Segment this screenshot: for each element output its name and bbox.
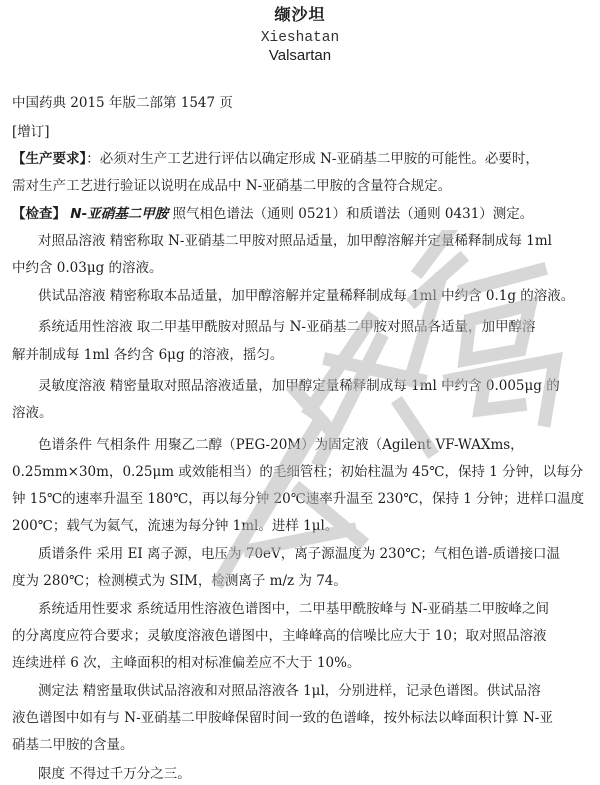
production-requirement-line-1: 【生产要求】：必须对生产工艺进行评估以确定形成 N-亚硝基二甲胺的可能性。必要时… xyxy=(12,150,592,168)
source-reference: 中国药典 2015 年版二部第 1547 页 xyxy=(12,94,592,112)
determination-line-1: 测定法 精密量取供试品溶液和对照品溶液各 1μl，分别进样，记录色谱图。供试品溶 xyxy=(38,682,592,700)
drug-title-english: Valsartan xyxy=(0,47,600,65)
limit-line: 限度 不得过千万分之三。 xyxy=(38,765,592,783)
chromatography-line-4: 200℃；载气为氦气，流速为每分钟 1ml。进样 1μl。 xyxy=(12,517,592,535)
inspection-heading: 【检查】 N-亚硝基二甲胺 照气相色谱法（通则 0521）和质谱法（通则 043… xyxy=(12,205,592,223)
system-solution-line-1: 系统适用性溶液 取二甲基甲酰胺对照品与 N-亚硝基二甲胺对照品各适量，加甲醇溶 xyxy=(38,318,592,336)
reference-solution-line-1: 对照品溶液 精密称取 N-亚硝基二甲胺对照品适量，加甲醇溶解并定量稀释制成每 1… xyxy=(38,232,592,250)
chromatography-line-1: 色谱条件 气相条件 用聚乙二醇（PEG-20M）为固定液（Agilent VF-… xyxy=(38,436,592,454)
sensitivity-solution-line-2: 溶液。 xyxy=(12,404,592,422)
document-page: 缬沙坦 Xieshatan Valsartan 中国药典 2015 年版二部第 … xyxy=(0,0,600,785)
determination-line-2: 液色谱图中如有与 N-亚硝基二甲胺峰保留时间一致的色谱峰，按外标法以峰面积计算 … xyxy=(12,709,592,727)
system-solution-line-2: 解并制成每 1ml 各约含 6μg 的溶液，摇匀。 xyxy=(12,346,592,364)
mass-spec-line-2: 度为 280℃；检测模式为 SIM，检测离子 m/z 为 74。 xyxy=(12,572,592,590)
drug-title-chinese: 缬沙坦 xyxy=(0,4,600,26)
drug-title-pinyin: Xieshatan xyxy=(0,29,600,47)
sensitivity-solution-line-1: 灵敏度溶液 精密量取对照品溶液适量，加甲醇定量稀释制成每 1ml 中约含 0.0… xyxy=(38,377,592,395)
determination-line-3: 硝基二甲胺的含量。 xyxy=(12,736,592,754)
production-requirement-text: ：必须对生产工艺进行评估以确定形成 N-亚硝基二甲胺的可能性。必要时， xyxy=(86,151,539,167)
revision-tag: [增订] xyxy=(12,123,592,141)
test-solution-line-1: 供试品溶液 精密称取本品适量，加甲醇溶解并定量稀释制成每 1ml 中约含 0.1… xyxy=(38,287,592,305)
reference-solution-line-2: 中约含 0.03μg 的溶液。 xyxy=(12,259,592,277)
system-requirements-line-3: 连续进样 6 次，主峰面积的相对标准偏差应不大于 10%。 xyxy=(12,654,592,672)
system-requirements-line-2: 的分离度应符合要求；灵敏度溶液色谱图中，主峰峰高的信噪比应大于 10；取对照品溶… xyxy=(12,627,592,645)
production-requirement-line-2: 需对生产工艺进行验证以说明在成品中 N-亚硝基二甲胺的含量符合规定。 xyxy=(12,177,592,195)
title-block: 缬沙坦 Xieshatan Valsartan xyxy=(0,4,600,65)
chromatography-line-3: 钟 15℃的速率升温至 180℃，再以每分钟 20℃速率升温至 230℃，保持 … xyxy=(12,490,592,508)
production-requirement-label: 【生产要求】 xyxy=(12,151,86,167)
system-requirements-line-1: 系统适用性要求 系统适用性溶液色谱图中，二甲基甲酰胺峰与 N-亚硝基二甲胺峰之间 xyxy=(38,600,592,618)
chromatography-line-2: 0.25mm×30m，0.25μm 或效能相当）的毛细管柱；初始柱温为 45℃，… xyxy=(12,463,592,481)
inspection-subject: N-亚硝基二甲胺 xyxy=(70,206,168,222)
inspection-method: 照气相色谱法（通则 0521）和质谱法（通则 0431）测定。 xyxy=(168,206,533,222)
inspection-label: 【检查】 xyxy=(12,206,66,222)
mass-spec-line-1: 质谱条件 采用 EI 离子源，电压为 70eV，离子源温度为 230℃；气相色谱… xyxy=(38,545,592,563)
